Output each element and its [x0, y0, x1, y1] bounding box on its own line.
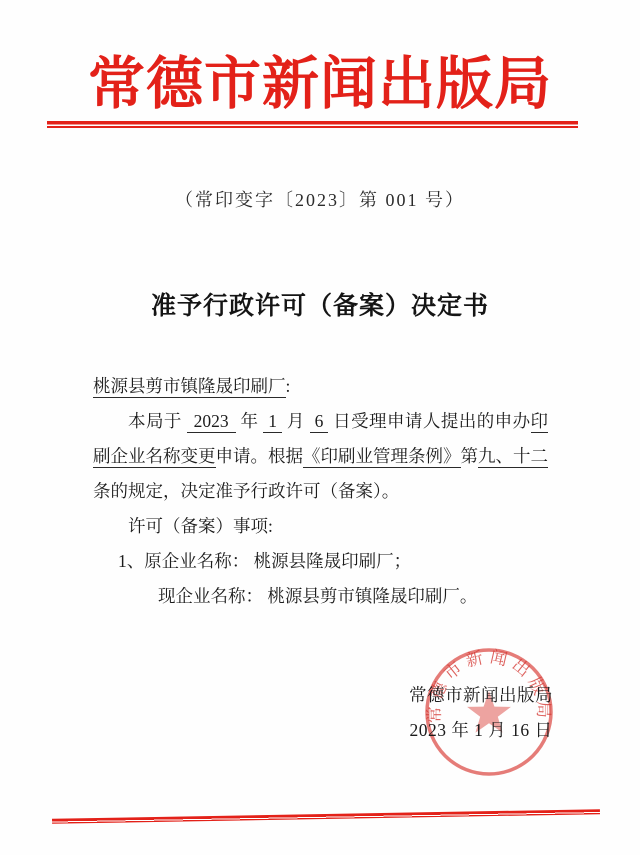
text-segment-blank-regulation: 《印刷业管理条例》: [303, 446, 461, 468]
text-segment-blank-articles: 九、十二: [478, 446, 548, 468]
recipient-name: 桃源县剪市镇隆晟印刷厂: [93, 376, 286, 398]
recipient-line: 桃源县剪市镇隆晟印刷厂:: [93, 369, 548, 404]
text-segment: 第: [461, 446, 479, 466]
original-name-line: 1、原企业名称： 桃源县隆晟印刷厂；: [93, 544, 548, 579]
document-title: 准予行政许可（备案）决定书: [0, 286, 640, 322]
text-segment: 年: [236, 411, 264, 431]
main-paragraph: 本局于 2023 年 1 月 6 日受理申请人提出的申办印刷企业名称变更申请。根…: [93, 404, 548, 509]
text-segment-blank-month: 1: [263, 411, 282, 433]
text-segment: 条的规定，决定准予行政许可（备案）。: [93, 481, 399, 501]
signature-date: 2023 年 1 月 16 日: [396, 713, 566, 748]
letterhead-rule: [47, 121, 578, 128]
letterhead-agency-name: 常德市新闻出版局: [0, 38, 640, 120]
recipient-colon: :: [286, 376, 291, 396]
document-page: 常德市新闻出版局 （常印变字〔2023〕第 001 号） 准予行政许可（备案）决…: [0, 0, 640, 855]
new-name-line: 现企业名称： 桃源县剪市镇隆晟印刷厂。: [93, 579, 548, 614]
text-segment: 申请。根据: [216, 446, 304, 466]
text-segment-blank-day: 6: [310, 411, 329, 433]
text-segment: 月: [282, 411, 310, 431]
signature-block: 常德市新闻出版局 2023 年 1 月 16 日: [396, 678, 566, 748]
body-text: 桃源县剪市镇隆晟印刷厂: 本局于 2023 年 1 月 6 日受理申请人提出的申…: [93, 369, 548, 614]
footer-rule: [52, 809, 600, 824]
signature-agency: 常德市新闻出版局: [396, 678, 566, 713]
text-segment: 日受理申请人提出的申办: [328, 411, 530, 431]
items-heading-line: 许可（备案）事项:: [93, 509, 548, 544]
text-segment: 本局于: [128, 411, 187, 431]
text-segment-blank-year: 2023: [187, 411, 236, 433]
document-number: （常印变字〔2023〕第 001 号）: [0, 186, 640, 212]
